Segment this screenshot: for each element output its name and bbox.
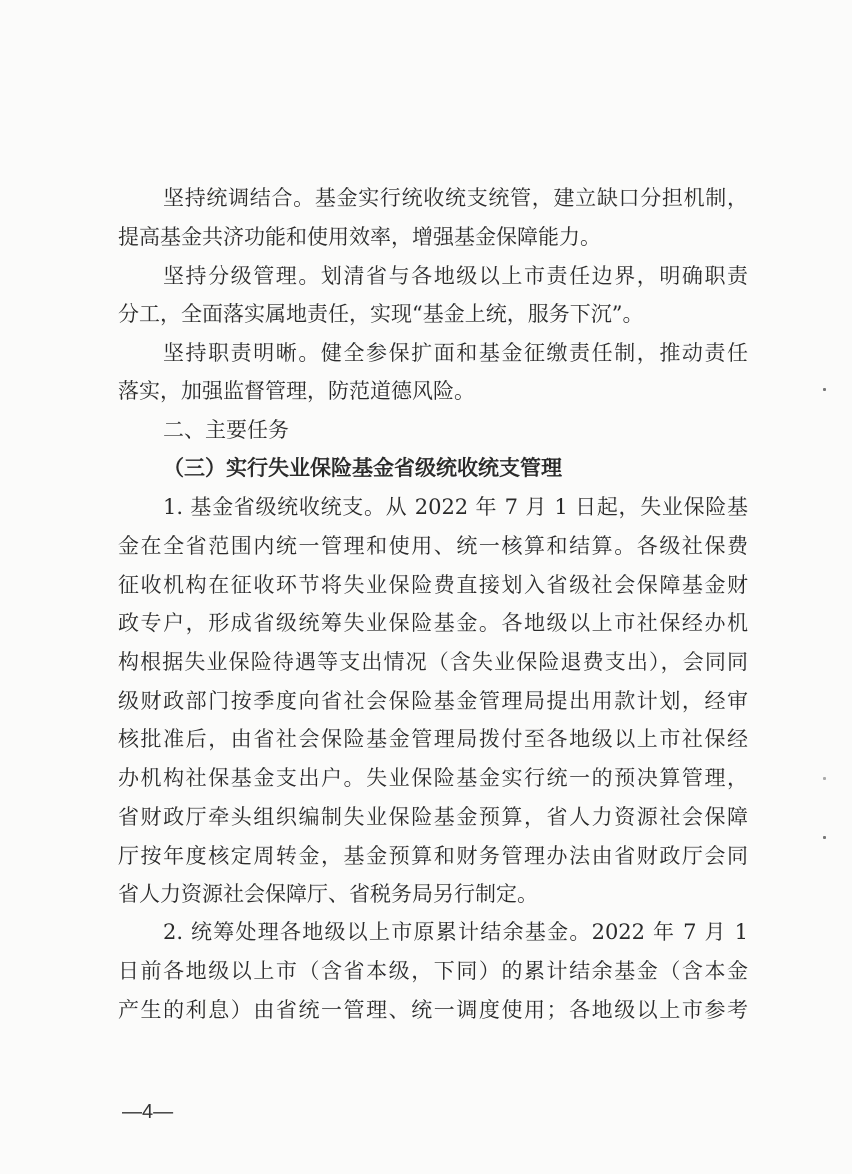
text-line: 核批准后，由省社会保险基金管理局拨付至各地级以上市社保经 — [118, 726, 748, 752]
heading: 二、主要任务 — [163, 417, 748, 443]
scan-speck — [823, 836, 826, 839]
text-line: 产生的利息）由省统一管理、统一调度使用；各地级以上市参考 — [118, 997, 748, 1023]
text-line: 落实，加强监督管理，防范道德风险。 — [118, 378, 748, 404]
text-line: 政专户，形成省级统筹失业保险基金。各地级以上市社保经办机 — [118, 610, 748, 636]
text-line: 日前各地级以上市（含省本级，下同）的累计结余基金（含本金 — [118, 958, 748, 984]
text-line: 构根据失业保险待遇等支出情况（含失业保险退费支出），会同同 — [118, 649, 748, 675]
text-line: 2. 统筹处理各地级以上市原累计结余基金。2022 年 7 月 1 — [163, 919, 748, 945]
text-line: 征收机构在征收环节将失业保险费直接划入省级社会保障基金财 — [118, 572, 748, 598]
text-line: 坚持职责明晰。健全参保扩面和基金征缴责任制，推动责任 — [163, 340, 748, 366]
text-line: 坚持分级管理。划清省与各地级以上市责任边界，明确职责 — [163, 263, 748, 289]
text-line: 1. 基金省级统收统支。从 2022 年 7 月 1 日起，失业保险基 — [163, 494, 748, 520]
subheading: （三）实行失业保险基金省级统收统支管理 — [163, 455, 748, 481]
text-line: 提高基金共济功能和使用效率，增强基金保障能力。 — [118, 224, 748, 250]
text-line: 金在全省范围内统一管理和使用、统一核算和结算。各级社保费 — [118, 533, 748, 559]
text-line: 办机构社保基金支出户。失业保险基金实行统一的预决算管理， — [118, 765, 748, 791]
text-line: 厅按年度核定周转金，基金预算和财务管理办法由省财政厅会同 — [118, 843, 748, 869]
scan-speck — [823, 388, 826, 391]
text-line: 级财政部门按季度向省社会保险基金管理局提出用款计划，经审 — [118, 688, 748, 714]
text-line: 分工，全面落实属地责任，实现“基金上统，服务下沉”。 — [118, 301, 748, 327]
page-number: —4— — [122, 1101, 173, 1124]
text-line: 坚持统调结合。基金实行统收统支统管，建立缺口分担机制， — [163, 185, 748, 211]
text-line: 省人力资源社会保障厅、省税务局另行制定。 — [118, 881, 748, 907]
document-page: 坚持统调结合。基金实行统收统支统管，建立缺口分担机制，提高基金共济功能和使用效率… — [0, 0, 852, 1174]
scan-speck — [823, 777, 826, 780]
text-line: 省财政厅牵头组织编制失业保险基金预算，省人力资源社会保障 — [118, 804, 748, 830]
